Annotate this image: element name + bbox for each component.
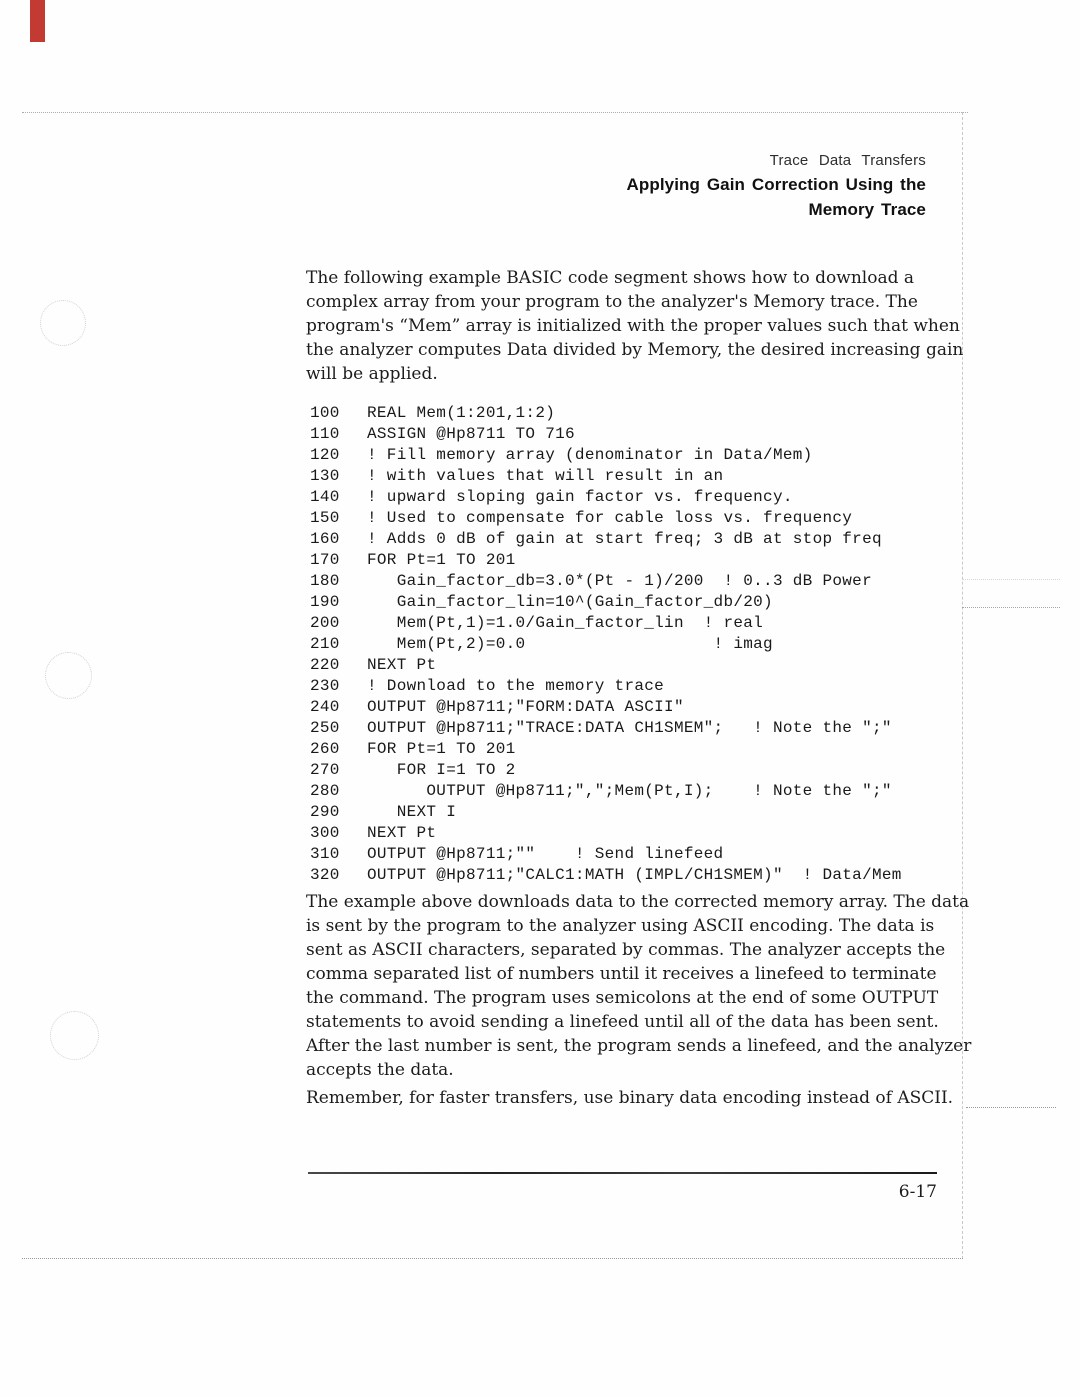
code-line-number: 290 <box>310 802 367 823</box>
code-line-text: Mem(Pt,1)=1.0/Gain_factor_lin ! real <box>367 613 970 634</box>
code-line: 170FOR Pt=1 TO 201 <box>310 550 970 571</box>
code-line-number: 280 <box>310 781 367 802</box>
code-line: 240OUTPUT @Hp8711;"FORM:DATA ASCII" <box>310 697 970 718</box>
code-line: 220NEXT Pt <box>310 655 970 676</box>
margin-tick <box>962 579 1060 580</box>
text-line: statements to avoid sending a linefeed u… <box>306 1010 954 1034</box>
code-line-number: 180 <box>310 571 367 592</box>
code-line: 250OUTPUT @Hp8711;"TRACE:DATA CH1SMEM"; … <box>310 718 970 739</box>
section-eyebrow: Trace Data Transfers <box>300 150 926 172</box>
code-line-number: 190 <box>310 592 367 613</box>
code-line-number: 130 <box>310 466 367 487</box>
text-line: the analyzer computes Data divided by Me… <box>306 338 954 362</box>
note-paragraph: Remember, for faster transfers, use bina… <box>306 1086 954 1110</box>
code-line: 120! Fill memory array (denominator in D… <box>310 445 970 466</box>
body-paragraph: The example above downloads data to the … <box>306 890 954 1082</box>
text-line: will be applied. <box>306 362 954 386</box>
code-line-number: 250 <box>310 718 367 739</box>
punch-hole-artifact <box>50 1011 99 1060</box>
code-line-number: 240 <box>310 697 367 718</box>
margin-tick <box>962 607 1060 608</box>
code-line-text: REAL Mem(1:201,1:2) <box>367 403 970 424</box>
code-line-number: 320 <box>310 865 367 886</box>
code-line-text: OUTPUT @Hp8711;",";Mem(Pt,I); ! Note the… <box>367 781 970 802</box>
text-line: sent as ASCII characters, separated by c… <box>306 938 954 962</box>
code-line-number: 120 <box>310 445 367 466</box>
text-line: the command. The program uses semicolons… <box>306 986 954 1010</box>
code-line-text: OUTPUT @Hp8711;"TRACE:DATA CH1SMEM"; ! N… <box>367 718 970 739</box>
code-line-text: OUTPUT @Hp8711;"FORM:DATA ASCII" <box>367 697 970 718</box>
code-line: 110ASSIGN @Hp8711 TO 716 <box>310 424 970 445</box>
code-line-number: 230 <box>310 676 367 697</box>
code-line-number: 100 <box>310 403 367 424</box>
code-line: 280 OUTPUT @Hp8711;",";Mem(Pt,I); ! Note… <box>310 781 970 802</box>
code-line-text: OUTPUT @Hp8711;"" ! Send linefeed <box>367 844 970 865</box>
code-line-text: ! Fill memory array (denominator in Data… <box>367 445 970 466</box>
code-line-text: FOR I=1 TO 2 <box>367 760 970 781</box>
basic-code-listing: 100REAL Mem(1:201,1:2)110ASSIGN @Hp8711 … <box>310 403 970 886</box>
code-line: 130! with values that will result in an <box>310 466 970 487</box>
code-line: 320OUTPUT @Hp8711;"CALC1:MATH (IMPL/CH1S… <box>310 865 970 886</box>
code-line-number: 210 <box>310 634 367 655</box>
code-line-text: Gain_factor_db=3.0*(Pt - 1)/200 ! 0..3 d… <box>367 571 970 592</box>
text-line: The example above downloads data to the … <box>306 890 954 914</box>
code-line-text: ! Adds 0 dB of gain at start freq; 3 dB … <box>367 529 970 550</box>
code-line-number: 220 <box>310 655 367 676</box>
code-line-number: 170 <box>310 550 367 571</box>
code-line-number: 300 <box>310 823 367 844</box>
code-line-number: 310 <box>310 844 367 865</box>
code-line-number: 270 <box>310 760 367 781</box>
top-dotted-rule <box>22 112 968 113</box>
code-line: 190 Gain_factor_lin=10^(Gain_factor_db/2… <box>310 592 970 613</box>
intro-paragraph: The following example BASIC code segment… <box>306 266 954 386</box>
margin-tick <box>966 1107 1056 1108</box>
punch-hole-artifact <box>45 652 92 699</box>
punch-hole-artifact <box>40 300 86 346</box>
code-line-number: 150 <box>310 508 367 529</box>
code-line: 260FOR Pt=1 TO 201 <box>310 739 970 760</box>
text-line: comma separated list of numbers until it… <box>306 962 954 986</box>
code-line: 150! Used to compensate for cable loss v… <box>310 508 970 529</box>
code-line: 200 Mem(Pt,1)=1.0/Gain_factor_lin ! real <box>310 613 970 634</box>
code-line-number: 200 <box>310 613 367 634</box>
code-line-number: 160 <box>310 529 367 550</box>
section-title-line2: Memory Trace <box>300 197 926 222</box>
code-line-text: FOR Pt=1 TO 201 <box>367 739 970 760</box>
code-line-text: ! Download to the memory trace <box>367 676 970 697</box>
manual-page: Trace Data Transfers Applying Gain Corre… <box>0 0 1080 1397</box>
code-line-text: Gain_factor_lin=10^(Gain_factor_db/20) <box>367 592 970 613</box>
code-line: 230! Download to the memory trace <box>310 676 970 697</box>
bottom-dotted-rule <box>22 1258 963 1259</box>
code-line-text: NEXT I <box>367 802 970 823</box>
code-line: 300NEXT Pt <box>310 823 970 844</box>
code-line: 180 Gain_factor_db=3.0*(Pt - 1)/200 ! 0.… <box>310 571 970 592</box>
code-line: 210 Mem(Pt,2)=0.0 ! imag <box>310 634 970 655</box>
code-line-text: ! upward sloping gain factor vs. frequen… <box>367 487 970 508</box>
code-line-text: ! with values that will result in an <box>367 466 970 487</box>
code-line-text: FOR Pt=1 TO 201 <box>367 550 970 571</box>
chapter-tab-marker <box>30 0 45 42</box>
code-line: 270 FOR I=1 TO 2 <box>310 760 970 781</box>
code-line: 290 NEXT I <box>310 802 970 823</box>
text-line: complex array from your program to the a… <box>306 290 954 314</box>
footer-rule <box>308 1172 937 1174</box>
page-number: 6-17 <box>306 1180 937 1204</box>
running-header: Trace Data Transfers Applying Gain Corre… <box>300 150 926 222</box>
note-text: Remember, for faster transfers, use bina… <box>306 1086 954 1110</box>
code-line: 100REAL Mem(1:201,1:2) <box>310 403 970 424</box>
text-line: is sent by the program to the analyzer u… <box>306 914 954 938</box>
code-line-text: ! Used to compensate for cable loss vs. … <box>367 508 970 529</box>
code-line: 140! upward sloping gain factor vs. freq… <box>310 487 970 508</box>
code-line-number: 260 <box>310 739 367 760</box>
code-line-number: 110 <box>310 424 367 445</box>
code-line-number: 140 <box>310 487 367 508</box>
code-line-text: OUTPUT @Hp8711;"CALC1:MATH (IMPL/CH1SMEM… <box>367 865 970 886</box>
section-title-line1: Applying Gain Correction Using the <box>300 172 926 197</box>
text-line: program's “Mem” array is initialized wit… <box>306 314 954 338</box>
code-line-text: ASSIGN @Hp8711 TO 716 <box>367 424 970 445</box>
text-line: accepts the data. <box>306 1058 954 1082</box>
code-line: 160! Adds 0 dB of gain at start freq; 3 … <box>310 529 970 550</box>
code-line-text: NEXT Pt <box>367 823 970 844</box>
text-line: After the last number is sent, the progr… <box>306 1034 954 1058</box>
code-line-text: Mem(Pt,2)=0.0 ! imag <box>367 634 970 655</box>
text-line: The following example BASIC code segment… <box>306 266 954 290</box>
code-line: 310OUTPUT @Hp8711;"" ! Send linefeed <box>310 844 970 865</box>
code-line-text: NEXT Pt <box>367 655 970 676</box>
